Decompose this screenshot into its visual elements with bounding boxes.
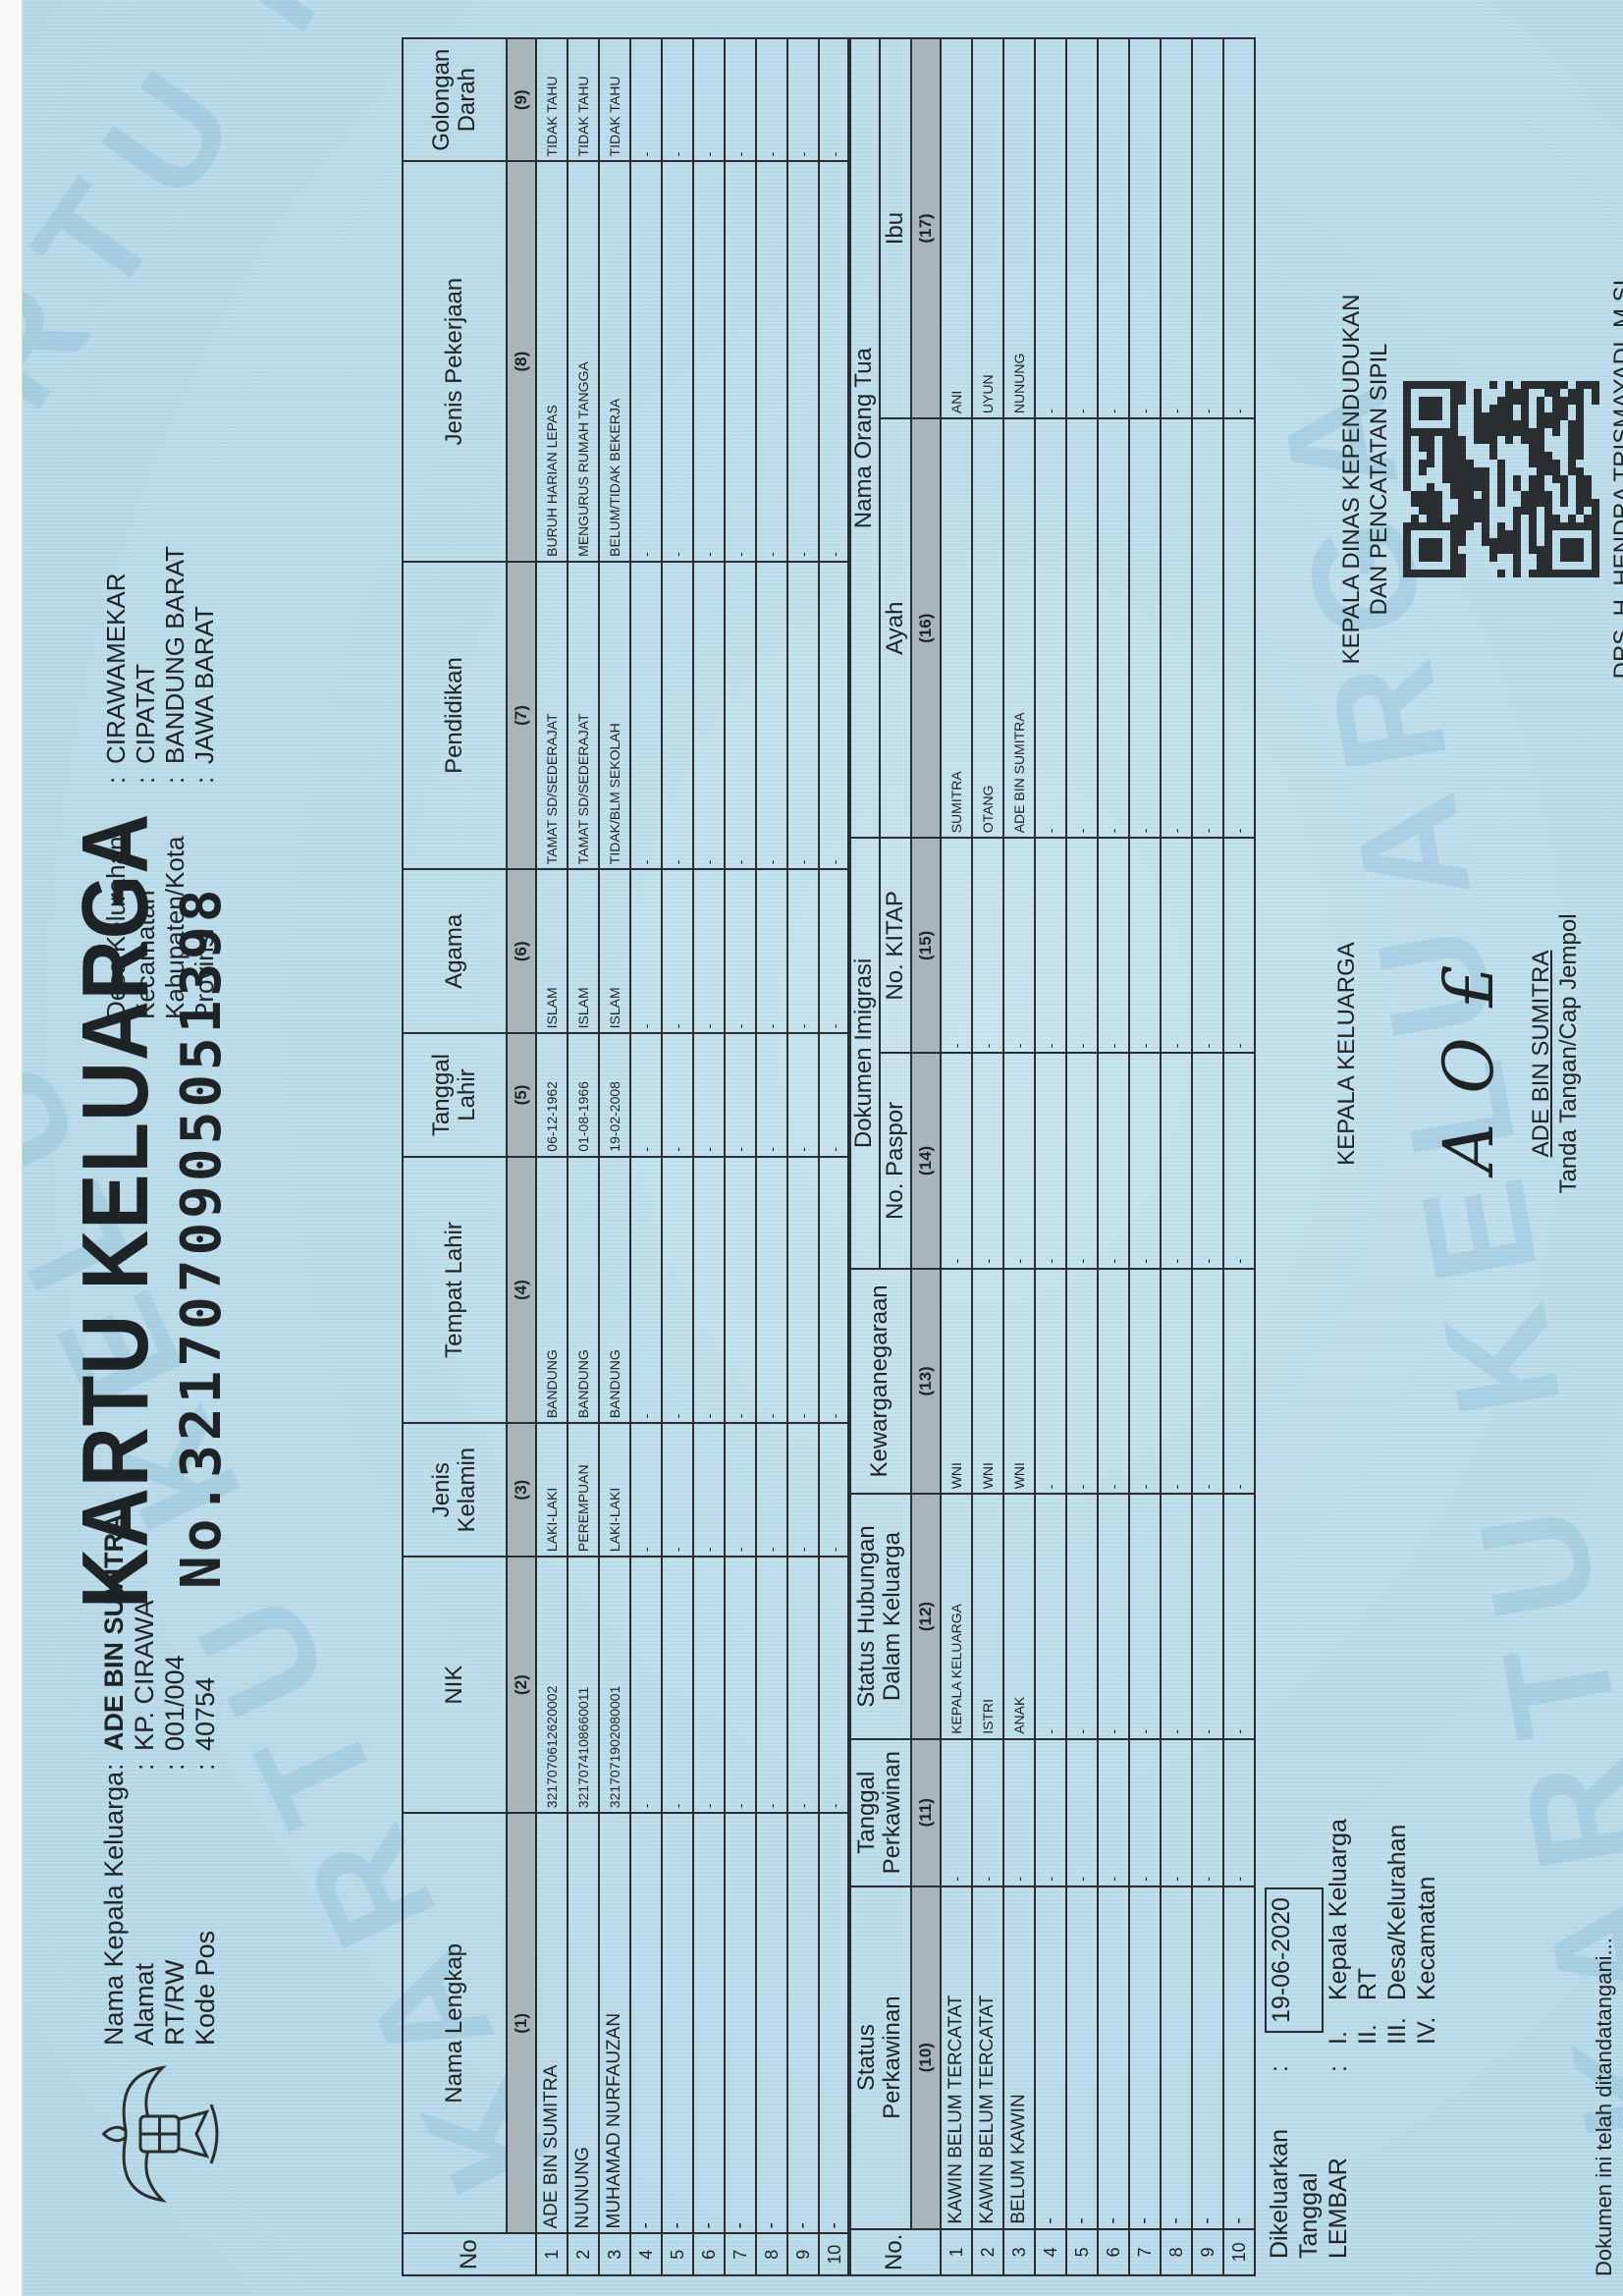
issued-date-row: Dikeluarkan Tanggal: 19-06-2020 [1265, 1819, 1324, 2259]
table-row: 7-------- [1129, 38, 1161, 2275]
cell-nama: - [725, 1813, 756, 2233]
cell-tgl: - [787, 1033, 819, 1156]
cell-nik: - [630, 1557, 662, 1813]
cell-ayah: OTANG [972, 418, 1003, 838]
cell-pendidikan: - [693, 562, 725, 869]
document-note: Dokumen ini telah ditandatangani... [1592, 1938, 1617, 2276]
header-tempat-lahir: Tempat Lahir [403, 1157, 507, 1424]
cell-no: 8 [1161, 2229, 1192, 2275]
cell-kitap: - [941, 838, 972, 1053]
table-row: 9--------- [787, 38, 819, 2275]
cell-hub: - [1035, 1494, 1066, 1738]
cell-tempat: - [819, 1157, 850, 1424]
cell-hub: - [1192, 1494, 1223, 1738]
cell-nama: - [756, 1813, 787, 2233]
cell-no: 1 [536, 2234, 568, 2276]
cell-hub: - [1098, 1494, 1129, 1738]
region-info-row: Kabupaten/Kota:BANDUNG BARAT [160, 546, 189, 1019]
official-signature-block: KEPALA DINAS KEPENDUDUKAN DAN PENCATATAN… [1338, 175, 1623, 784]
cell-ayah: - [1098, 418, 1129, 838]
header-pekerjaan: Jenis Pekerjaan [403, 161, 507, 561]
table-row: 10-------- [1223, 38, 1255, 2275]
cell-no: 3 [1003, 2229, 1035, 2275]
cell-ibu: - [1223, 38, 1255, 418]
cell-paspor: - [941, 1053, 972, 1268]
header-jenis-kelamin: JenisKelamin [403, 1423, 507, 1557]
cell-no: 4 [1035, 2229, 1066, 2275]
cell-no: 9 [1192, 2229, 1223, 2275]
header-ayah: Ayah [880, 418, 911, 838]
cell-status: KAWIN BELUM TERCATAT [972, 1886, 1003, 2229]
issued-date: 19-06-2020 [1265, 1887, 1324, 2033]
table-row: 1KAWIN BELUM TERCATAT-KEPALA KELUARGAWNI… [941, 38, 972, 2275]
cell-jk: PEREMPUAN [568, 1423, 599, 1557]
cell-ayah: - [1066, 418, 1098, 838]
cell-jk: LAKI-LAKI [536, 1423, 568, 1557]
cell-ibu: - [1066, 38, 1098, 418]
cell-kitap: - [1066, 838, 1098, 1053]
cell-tglkawin: - [1035, 1739, 1066, 1886]
cell-ibu: ANI [941, 38, 972, 418]
cell-agama: ISLAM [568, 869, 599, 1033]
cell-tempat: BANDUNG [568, 1157, 599, 1424]
family-members-table: No Nama Lengkap NIK JenisKelamin Tempat … [402, 37, 851, 2276]
cell-kitap: - [1161, 838, 1192, 1053]
cell-agama: ISLAM [599, 869, 630, 1033]
cell-tgl: - [819, 1033, 850, 1156]
qr-code-icon [1403, 381, 1599, 577]
cell-tempat: - [630, 1157, 662, 1424]
cell-status: - [1161, 1886, 1192, 2229]
cell-no: 1 [941, 2229, 972, 2275]
cell-nama: NUNUNG [568, 1813, 599, 2233]
column-number-row: (1) (2) (3) (4) (5) (6) (7) (8) (9) [507, 38, 536, 2275]
garuda-emblem-icon [81, 2060, 229, 2208]
cell-kitap: - [1098, 838, 1129, 1053]
cell-pekerjaan: MENGURUS RUMAH TANGGA [568, 161, 599, 561]
cell-tempat: - [756, 1157, 787, 1424]
cell-tglkawin: - [1223, 1739, 1255, 1886]
cell-tempat: - [693, 1157, 725, 1424]
cell-ibu: - [1161, 38, 1192, 418]
table-row: 6--------- [693, 38, 725, 2275]
cell-nik: 3217071902080001 [599, 1557, 630, 1813]
cell-no: 6 [693, 2234, 725, 2276]
header-no: No. [848, 2229, 941, 2275]
scan-border [0, 0, 24, 2296]
cell-tglkawin: - [1003, 1739, 1035, 1886]
cell-darah: TIDAK TAHU [568, 38, 599, 161]
cell-ayah: - [1161, 418, 1192, 838]
header-tanggal-lahir: TanggalLahir [403, 1033, 507, 1156]
cell-kitap: - [972, 838, 1003, 1053]
cell-kitap: - [1035, 838, 1066, 1053]
cell-ibu: - [1098, 38, 1129, 418]
header-paspor: No. Paspor [880, 1053, 911, 1268]
cell-darah: - [630, 38, 662, 161]
cell-darah: - [693, 38, 725, 161]
cell-tgl: - [725, 1033, 756, 1156]
cell-nama: - [662, 1813, 693, 2233]
header-tanggal-perkawinan: TanggalPerkawinan [848, 1739, 911, 1886]
table-row: 1ADE BIN SUMITRA3217070612620002LAKI-LAK… [536, 38, 568, 2275]
cell-pekerjaan: BELUM/TIDAK BEKERJA [599, 161, 630, 561]
header-nama: Nama Lengkap [403, 1813, 507, 2233]
header-pendidikan: Pendidikan [403, 562, 507, 869]
cell-jk: - [630, 1423, 662, 1557]
cell-agama: - [725, 869, 756, 1033]
cell-nik: - [787, 1557, 819, 1813]
cell-wn: - [1129, 1269, 1161, 1495]
cell-kitap: - [1223, 838, 1255, 1053]
header-nama-orang-tua: Nama Orang Tua [848, 38, 880, 838]
cell-jk: - [787, 1423, 819, 1557]
lembar-row: IV.Kecamatan [1412, 1819, 1441, 2259]
cell-ibu: - [1192, 38, 1223, 418]
cell-pendidikan: TAMAT SD/SEDERAJAT [568, 562, 599, 869]
cell-ayah: SUMITRA [941, 418, 972, 838]
cell-no: 8 [756, 2234, 787, 2276]
cell-agama: - [819, 869, 850, 1033]
cell-no: 5 [1066, 2229, 1098, 2275]
cell-paspor: - [1223, 1053, 1255, 1268]
cell-status: KAWIN BELUM TERCATAT [941, 1886, 972, 2229]
cell-darah: - [662, 38, 693, 161]
header-ibu: Ibu [880, 38, 911, 418]
cell-pekerjaan: - [630, 161, 662, 561]
cell-status: - [1129, 1886, 1161, 2229]
cell-no: 10 [1223, 2229, 1255, 2275]
cell-ayah: - [1192, 418, 1223, 838]
cell-no: 10 [819, 2234, 850, 2276]
cell-nama: - [630, 1813, 662, 2233]
cell-nama: - [787, 1813, 819, 2233]
cell-tglkawin: - [1161, 1739, 1192, 1886]
cell-nik: 3217070612620002 [536, 1557, 568, 1813]
cell-pekerjaan: - [662, 161, 693, 561]
cell-pekerjaan: - [819, 161, 850, 561]
cell-wn: WNI [1003, 1269, 1035, 1495]
cell-paspor: - [972, 1053, 1003, 1268]
cell-no: 6 [1098, 2229, 1129, 2275]
cell-wn: WNI [941, 1269, 972, 1495]
cell-ibu: NUNUNG [1003, 38, 1035, 418]
cell-tgl: - [662, 1033, 693, 1156]
table-row: 4--------- [630, 38, 662, 2275]
table-row: 6-------- [1098, 38, 1129, 2275]
cell-tgl: 01-08-1966 [568, 1033, 599, 1156]
cell-ibu: - [1129, 38, 1161, 418]
cell-pendidikan: - [630, 562, 662, 869]
cell-tgl: - [693, 1033, 725, 1156]
region-info-row: Kecamatan:CIPATAT [131, 546, 160, 1019]
cell-hub: - [1129, 1494, 1161, 1738]
cell-status: BELUM KAWIN [1003, 1886, 1035, 2229]
cell-tempat: - [787, 1157, 819, 1424]
cell-nik: 3217074108660011 [568, 1557, 599, 1813]
table-header-row: No. StatusPerkawinan TanggalPerkawinan S… [848, 38, 880, 2275]
cell-wn: - [1223, 1269, 1255, 1495]
cell-tglkawin: - [941, 1739, 972, 1886]
cell-jk: - [693, 1423, 725, 1557]
signer-name: ADE BIN SUMITRA [1528, 843, 1555, 1265]
cell-pendidikan: - [725, 562, 756, 869]
header-kewarganegaraan: Kewarganegaraan [848, 1269, 911, 1495]
header-no: No [403, 2234, 536, 2276]
cell-no: 2 [972, 2229, 1003, 2275]
handwritten-signature: AO£ [1410, 843, 1528, 1265]
cell-jk: - [819, 1423, 850, 1557]
table-row: 2NUNUNG3217074108660011PEREMPUANBANDUNG0… [568, 38, 599, 2275]
cell-pendidikan: - [787, 562, 819, 869]
cell-pekerjaan: BURUH HARIAN LEPAS [536, 161, 568, 561]
cell-agama: - [693, 869, 725, 1033]
cell-kitap: - [1129, 838, 1161, 1053]
table-row: 3MUHAMAD NURFAUZAN3217071902080001LAKI-L… [599, 38, 630, 2275]
family-head-signature-block: KEPALA KELUARGA AO£ ADE BIN SUMITRA Tand… [1333, 843, 1583, 1265]
cell-tgl: - [756, 1033, 787, 1156]
cell-paspor: - [1192, 1053, 1223, 1268]
cell-hub: ISTRI [972, 1494, 1003, 1738]
cell-pendidikan: - [756, 562, 787, 869]
cell-pendidikan: TIDAK/BLM SEKOLAH [599, 562, 630, 869]
cell-paspor: - [1066, 1053, 1098, 1268]
cell-ayah: - [1223, 418, 1255, 838]
cell-ayah: ADE BIN SUMITRA [1003, 418, 1035, 838]
cell-nik: - [819, 1557, 850, 1813]
table-row: 4-------- [1035, 38, 1066, 2275]
cell-paspor: - [1003, 1053, 1035, 1268]
cell-agama: - [787, 869, 819, 1033]
region-info: Desa/Kelurahan:CIRAWAMEKAR Kecamatan:CIP… [101, 546, 219, 1019]
cell-tglkawin: - [1098, 1739, 1129, 1886]
cell-no: 3 [599, 2234, 630, 2276]
cell-tgl: 06-12-1962 [536, 1033, 568, 1156]
cell-pekerjaan: - [787, 161, 819, 561]
family-status-table: No. StatusPerkawinan TanggalPerkawinan S… [847, 37, 1256, 2276]
table-row: 5-------- [1066, 38, 1098, 2275]
table-row: 10--------- [819, 38, 850, 2275]
cell-wn: - [1066, 1269, 1098, 1495]
cell-no: 5 [662, 2234, 693, 2276]
cell-no: 4 [630, 2234, 662, 2276]
header-kitap: No. KITAP [880, 838, 911, 1053]
cell-hub: - [1223, 1494, 1255, 1738]
cell-pendidikan: TAMAT SD/SEDERAJAT [536, 562, 568, 869]
cell-nama: - [819, 1813, 850, 2233]
cell-hub: - [1161, 1494, 1192, 1738]
issue-info: Dikeluarkan Tanggal: 19-06-2020 LEMBAR: … [1265, 1819, 1441, 2259]
cell-status: - [1223, 1886, 1255, 2229]
cell-jk: - [662, 1423, 693, 1557]
cell-nik: - [756, 1557, 787, 1813]
kartu-keluarga-sheet: KARTU KELUARGA KARTU KELUARGA KARTU KELU… [23, 0, 1623, 2296]
column-number-row: (10) (11) (12) (13) (14) (15) (16) (17) [911, 38, 941, 2275]
cell-darah: - [756, 38, 787, 161]
table-row: 3BELUM KAWIN-ANAKWNI--ADE BIN SUMITRANUN… [1003, 38, 1035, 2275]
cell-agama: - [756, 869, 787, 1033]
header-golongan-darah: GolonganDarah [403, 38, 507, 161]
official-name: DRS. H. HENDRA TRISMAYADI, M.SI [1609, 175, 1623, 784]
lembar-row: III.Desa/Kelurahan [1382, 1819, 1412, 2259]
table-row: 8--------- [756, 38, 787, 2275]
signature-caption: Tanda Tangan/Cap Jempol [1555, 843, 1583, 1265]
cell-status: - [1192, 1886, 1223, 2229]
cell-kitap: - [1003, 838, 1035, 1053]
cell-ibu: - [1035, 38, 1066, 418]
cell-status: - [1035, 1886, 1066, 2229]
cell-tempat: - [725, 1157, 756, 1424]
header-agama: Agama [403, 869, 507, 1033]
cell-tgl: - [630, 1033, 662, 1156]
cell-tglkawin: - [1066, 1739, 1098, 1886]
cell-ayah: - [1129, 418, 1161, 838]
cell-darah: TIDAK TAHU [599, 38, 630, 161]
cell-jk: LAKI-LAKI [599, 1423, 630, 1557]
table-row: 9-------- [1192, 38, 1223, 2275]
cell-wn: WNI [972, 1269, 1003, 1495]
cell-nama: MUHAMAD NURFAUZAN [599, 1813, 630, 2233]
cell-tempat: BANDUNG [599, 1157, 630, 1424]
cell-hub: KEPALA KELUARGA [941, 1494, 972, 1738]
lembar-row: LEMBAR: I.Kepala Keluarga [1324, 1819, 1353, 2259]
table-row: 8-------- [1161, 38, 1192, 2275]
cell-kitap: - [1192, 838, 1223, 1053]
cell-pekerjaan: - [693, 161, 725, 561]
cell-darah: - [725, 38, 756, 161]
cell-status: - [1098, 1886, 1129, 2229]
cell-darah: - [819, 38, 850, 161]
cell-no: 2 [568, 2234, 599, 2276]
cell-nik: - [725, 1557, 756, 1813]
cell-no: 7 [725, 2234, 756, 2276]
cell-nik: - [662, 1557, 693, 1813]
cell-tglkawin: - [1129, 1739, 1161, 1886]
cell-tempat: BANDUNG [536, 1157, 568, 1424]
cell-ibu: UYUN [972, 38, 1003, 418]
header-status-perkawinan: StatusPerkawinan [848, 1886, 911, 2229]
region-info-row: Provinsi:JAWA BARAT [189, 546, 219, 1019]
cell-pendidikan: - [819, 562, 850, 869]
cell-nama: ADE BIN SUMITRA [536, 1813, 568, 2233]
cell-agama: - [662, 869, 693, 1033]
cell-no: 9 [787, 2234, 819, 2276]
cell-hub: ANAK [1003, 1494, 1035, 1738]
cell-tgl: 19-02-2008 [599, 1033, 630, 1156]
cell-pendidikan: - [662, 562, 693, 869]
cell-tglkawin: - [1192, 1739, 1223, 1886]
cell-jk: - [756, 1423, 787, 1557]
table-row: 5--------- [662, 38, 693, 2275]
lembar-row: II.RT [1353, 1819, 1382, 2259]
cell-pekerjaan: - [725, 161, 756, 561]
header-dokumen-imigrasi: Dokumen Imigrasi [848, 838, 880, 1268]
cell-paspor: - [1129, 1053, 1161, 1268]
cell-no: 7 [1129, 2229, 1161, 2275]
cell-wn: - [1098, 1269, 1129, 1495]
table-header-row: No Nama Lengkap NIK JenisKelamin Tempat … [403, 38, 507, 2275]
cell-pekerjaan: - [756, 161, 787, 561]
table-row: 2KAWIN BELUM TERCATAT-ISTRIWNI--OTANGUYU… [972, 38, 1003, 2275]
cell-ayah: - [1035, 418, 1066, 838]
cell-agama: - [630, 869, 662, 1033]
cell-hub: - [1066, 1494, 1098, 1738]
header-nik: NIK [403, 1557, 507, 1813]
cell-wn: - [1035, 1269, 1066, 1495]
cell-agama: ISLAM [536, 869, 568, 1033]
cell-paspor: - [1035, 1053, 1066, 1268]
cell-jk: - [725, 1423, 756, 1557]
table-row: 7--------- [725, 38, 756, 2275]
cell-nama: - [693, 1813, 725, 2233]
cell-wn: - [1161, 1269, 1192, 1495]
cell-status: - [1066, 1886, 1098, 2229]
cell-darah: TIDAK TAHU [536, 38, 568, 161]
header-status-hubungan: Status HubunganDalam Keluarga [848, 1494, 911, 1738]
region-info-row: Desa/Kelurahan:CIRAWAMEKAR [101, 546, 131, 1019]
cell-nik: - [693, 1557, 725, 1813]
cell-tglkawin: - [972, 1739, 1003, 1886]
cell-darah: - [787, 38, 819, 161]
head-info-row: Kode Pos:40754 [190, 1514, 221, 2047]
cell-wn: - [1192, 1269, 1223, 1495]
cell-paspor: - [1161, 1053, 1192, 1268]
cell-tempat: - [662, 1157, 693, 1424]
cell-paspor: - [1098, 1053, 1129, 1268]
